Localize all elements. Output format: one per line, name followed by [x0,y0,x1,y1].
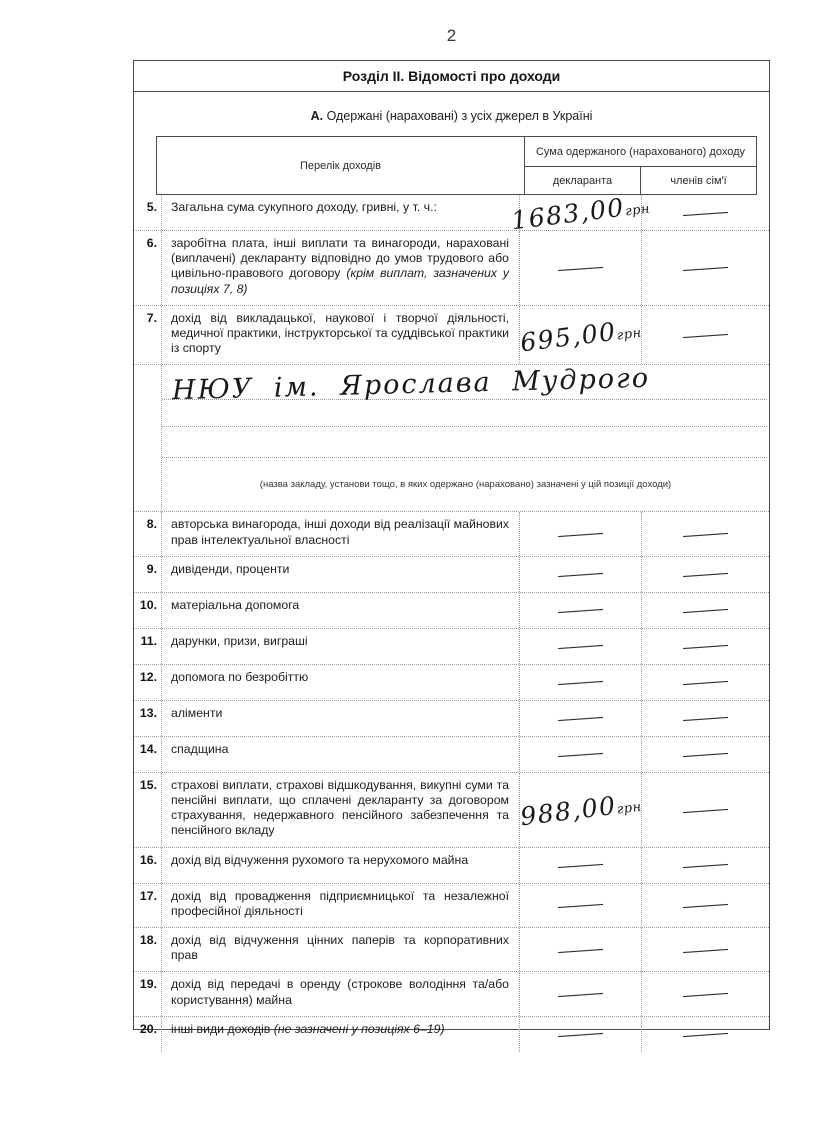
page-number: 2 [133,26,770,46]
declarant-value-cell: — [519,629,641,664]
income-row: 8. авторська винагорода, інші доходи від… [134,512,769,556]
declarant-value-cell: — [519,557,641,592]
row-description: дивіденди, проценти [161,557,519,592]
row-description: допомога по безробіттю [161,665,519,700]
row-number: 5. [134,195,161,230]
row-description-italic: (не зазначені у позиціях 6–19) [274,1022,445,1036]
amount-value: 988,00 [518,791,617,832]
row-description: дохід від відчуження цінних паперів та к… [161,928,519,971]
row-number: 17. [134,884,161,927]
row-number: 7. [134,306,161,365]
handwritten-amount: 695,00грн [518,313,642,357]
dash-mark: — [555,1022,606,1047]
row-description-text: Загальна сума сукупного доходу, гривні, … [171,200,437,214]
dash-mark: — [555,255,606,280]
dash-mark: — [555,981,606,1006]
dash-mark: — [680,322,731,347]
row-description: дарунки, призи, виграші [161,629,519,664]
family-value-cell: — [641,848,769,883]
income-row: 7. дохід від викладацької, наукової і тв… [134,306,769,366]
amount-unit: грн [616,800,643,818]
row-number: 15. [134,773,161,847]
income-row: 5. Загальна сума сукупного доходу, гривн… [134,195,769,231]
family-value-cell: — [641,884,769,927]
row-description-text: страхові виплати, страхові відшкодування… [171,778,509,838]
income-row: 17. дохід від провадження підприємницько… [134,884,769,928]
amount-unit: грн [624,202,651,220]
dash-mark: — [555,634,606,659]
row-description: страхові виплати, страхові відшкодування… [161,773,519,847]
family-value-cell: — [641,701,769,736]
row-description: дохід від викладацької, наукової і творч… [161,306,519,365]
section-a-text: Одержані (нараховані) з усіх джерел в Ук… [323,109,592,123]
row-description: Загальна сума сукупного доходу, гривні, … [161,195,519,230]
dash-mark: — [680,562,731,587]
section-title: Розділ II. Відомості про доходи [134,61,769,92]
family-value-cell: — [641,928,769,971]
family-value-cell: — [641,593,769,628]
row-number: 12. [134,665,161,700]
row-description-text: дохід від провадження підприємницької та… [171,889,509,918]
income-row: 13. аліменти — — [134,701,769,737]
income-row: 11. дарунки, призи, виграші — — [134,629,769,665]
family-value-cell: — [641,512,769,555]
handwritten-amount: 988,00грн [518,788,642,832]
row-description-text: аліменти [171,706,222,720]
income-row: 6. заробітна плата, інші виплати та вина… [134,231,769,306]
declarant-value-cell: 988,00грн [519,773,641,847]
institution-note-block: НЮУ ім. Ярослава Мудрого (назва закладу,… [134,365,769,512]
row-number: 8. [134,512,161,555]
amount-value: 1683,00 [510,193,627,236]
row-description-text: інші види доходів [171,1022,274,1036]
family-value-cell: — [641,1017,769,1052]
row-description-text: дохід від відчуження рухомого та нерухом… [171,853,468,867]
declarant-value-cell: — [519,1017,641,1052]
declaration-form: Розділ II. Відомості про доходи А. Одерж… [133,60,770,1030]
income-row: 9. дивіденди, проценти — — [134,557,769,593]
row-description-text: дохід від відчуження цінних паперів та к… [171,933,509,962]
amount-unit: грн [616,325,643,343]
col-income-list: Перелік доходів [157,137,525,194]
dash-mark: — [680,981,731,1006]
row-number: 13. [134,701,161,736]
row-number: 10. [134,593,161,628]
income-rows: 5. Загальна сума сукупного доходу, гривн… [134,195,769,1052]
row-number: 9. [134,557,161,592]
declarant-value-cell: — [519,884,641,927]
income-table-header: Перелік доходів Сума одержаного (нарахов… [156,136,757,195]
dash-mark: — [555,893,606,918]
row-number: 6. [134,231,161,305]
dash-mark: — [680,852,731,877]
dash-mark: — [680,937,731,962]
col-family: членів сім'ї [641,167,756,194]
row-description: дохід від передачі в оренду (строкове во… [161,972,519,1015]
row-description-text: спадщина [171,742,228,756]
dash-mark: — [680,893,731,918]
dash-mark: — [680,598,731,623]
row-description-text: матеріальна допомога [171,598,299,612]
dash-mark: — [680,797,731,822]
declarant-value-cell: — [519,737,641,772]
income-row: 20. інші види доходів (не зазначені у по… [134,1017,769,1052]
row-description: авторська винагорода, інші доходи від ре… [161,512,519,555]
dash-mark: — [555,937,606,962]
dash-mark: — [680,742,731,767]
amount-value: 695,00 [518,316,617,357]
row-description: спадщина [161,737,519,772]
dash-mark: — [680,670,731,695]
dash-mark: — [555,706,606,731]
family-value-cell: — [641,195,769,230]
row-description-text: дивіденди, проценти [171,562,289,576]
institution-note-area: НЮУ ім. Ярослава Мудрого (назва закладу,… [161,365,769,511]
declarant-value-cell: — [519,928,641,971]
family-value-cell: — [641,665,769,700]
declarant-value-cell: — [519,701,641,736]
section-a-heading: А. Одержані (нараховані) з усіх джерел в… [134,92,769,136]
dash-mark: — [680,706,731,731]
row-description-text: дохід від передачі в оренду (строкове во… [171,977,509,1006]
family-value-cell: — [641,306,769,365]
dash-mark: — [555,742,606,767]
declarant-value-cell: — [519,848,641,883]
declarant-value-cell: 695,00грн [519,306,641,365]
income-row: 12. допомога по безробіттю — — [134,665,769,701]
dash-mark: — [680,1022,731,1047]
row-number: 18. [134,928,161,971]
family-value-cell: — [641,737,769,772]
declarant-value-cell: — [519,972,641,1015]
row-number: 20. [134,1017,161,1052]
dash-mark: — [555,852,606,877]
income-row: 19. дохід від передачі в оренду (строков… [134,972,769,1016]
income-row: 10. матеріальна допомога — — [134,593,769,629]
row-description: аліменти [161,701,519,736]
row-number: 19. [134,972,161,1015]
dash-mark: — [555,670,606,695]
declarant-value-cell: 1683,00грн [519,195,641,230]
row-description: дохід від провадження підприємницької та… [161,884,519,927]
declarant-value-cell: — [519,512,641,555]
dash-mark: — [555,562,606,587]
income-row: 18. дохід від відчуження цінних паперів … [134,928,769,972]
dash-mark: — [555,521,606,546]
col-declarant: декларанта [525,167,641,194]
income-row: 14. спадщина — — [134,737,769,773]
family-value-cell: — [641,773,769,847]
ruled-line [162,457,767,458]
dash-mark: — [680,634,731,659]
handwritten-amount: 1683,00грн [510,190,651,236]
declarant-value-cell: — [519,231,641,305]
family-value-cell: — [641,231,769,305]
row-description-text: дарунки, призи, виграші [171,634,308,648]
row-description: дохід від відчуження рухомого та нерухом… [161,848,519,883]
row-description: інші види доходів (не зазначені у позиці… [161,1017,519,1052]
row-description: матеріальна допомога [161,593,519,628]
row-description-text: допомога по безробіттю [171,670,308,684]
family-value-cell: — [641,557,769,592]
row-description: заробітна плата, інші виплати та винагор… [161,231,519,305]
income-row: 16. дохід від відчуження рухомого та нер… [134,848,769,884]
row-description-text: дохід від викладацької, наукової і творч… [171,311,509,355]
scanned-page: 2 Розділ II. Відомості про доходи А. Оде… [0,0,816,1122]
declarant-value-cell: — [519,593,641,628]
col-sum-header: Сума одержаного (нарахованого) доходу [525,137,756,167]
dash-mark: — [680,200,731,225]
family-value-cell: — [641,629,769,664]
dash-mark: — [555,598,606,623]
row-number: 16. [134,848,161,883]
note-caption: (назва закладу, установи тощо, в яких од… [162,479,769,490]
declarant-value-cell: — [519,665,641,700]
family-value-cell: — [641,972,769,1015]
row-number: 14. [134,737,161,772]
note-number-spacer [134,365,161,511]
income-row: 15. страхові виплати, страхові відшкодув… [134,773,769,848]
dash-mark: — [680,521,731,546]
row-number: 11. [134,629,161,664]
section-a-letter: А. [311,109,324,123]
dash-mark: — [680,255,731,280]
ruled-line [162,426,767,427]
row-description-text: авторська винагорода, інші доходи від ре… [171,517,509,546]
